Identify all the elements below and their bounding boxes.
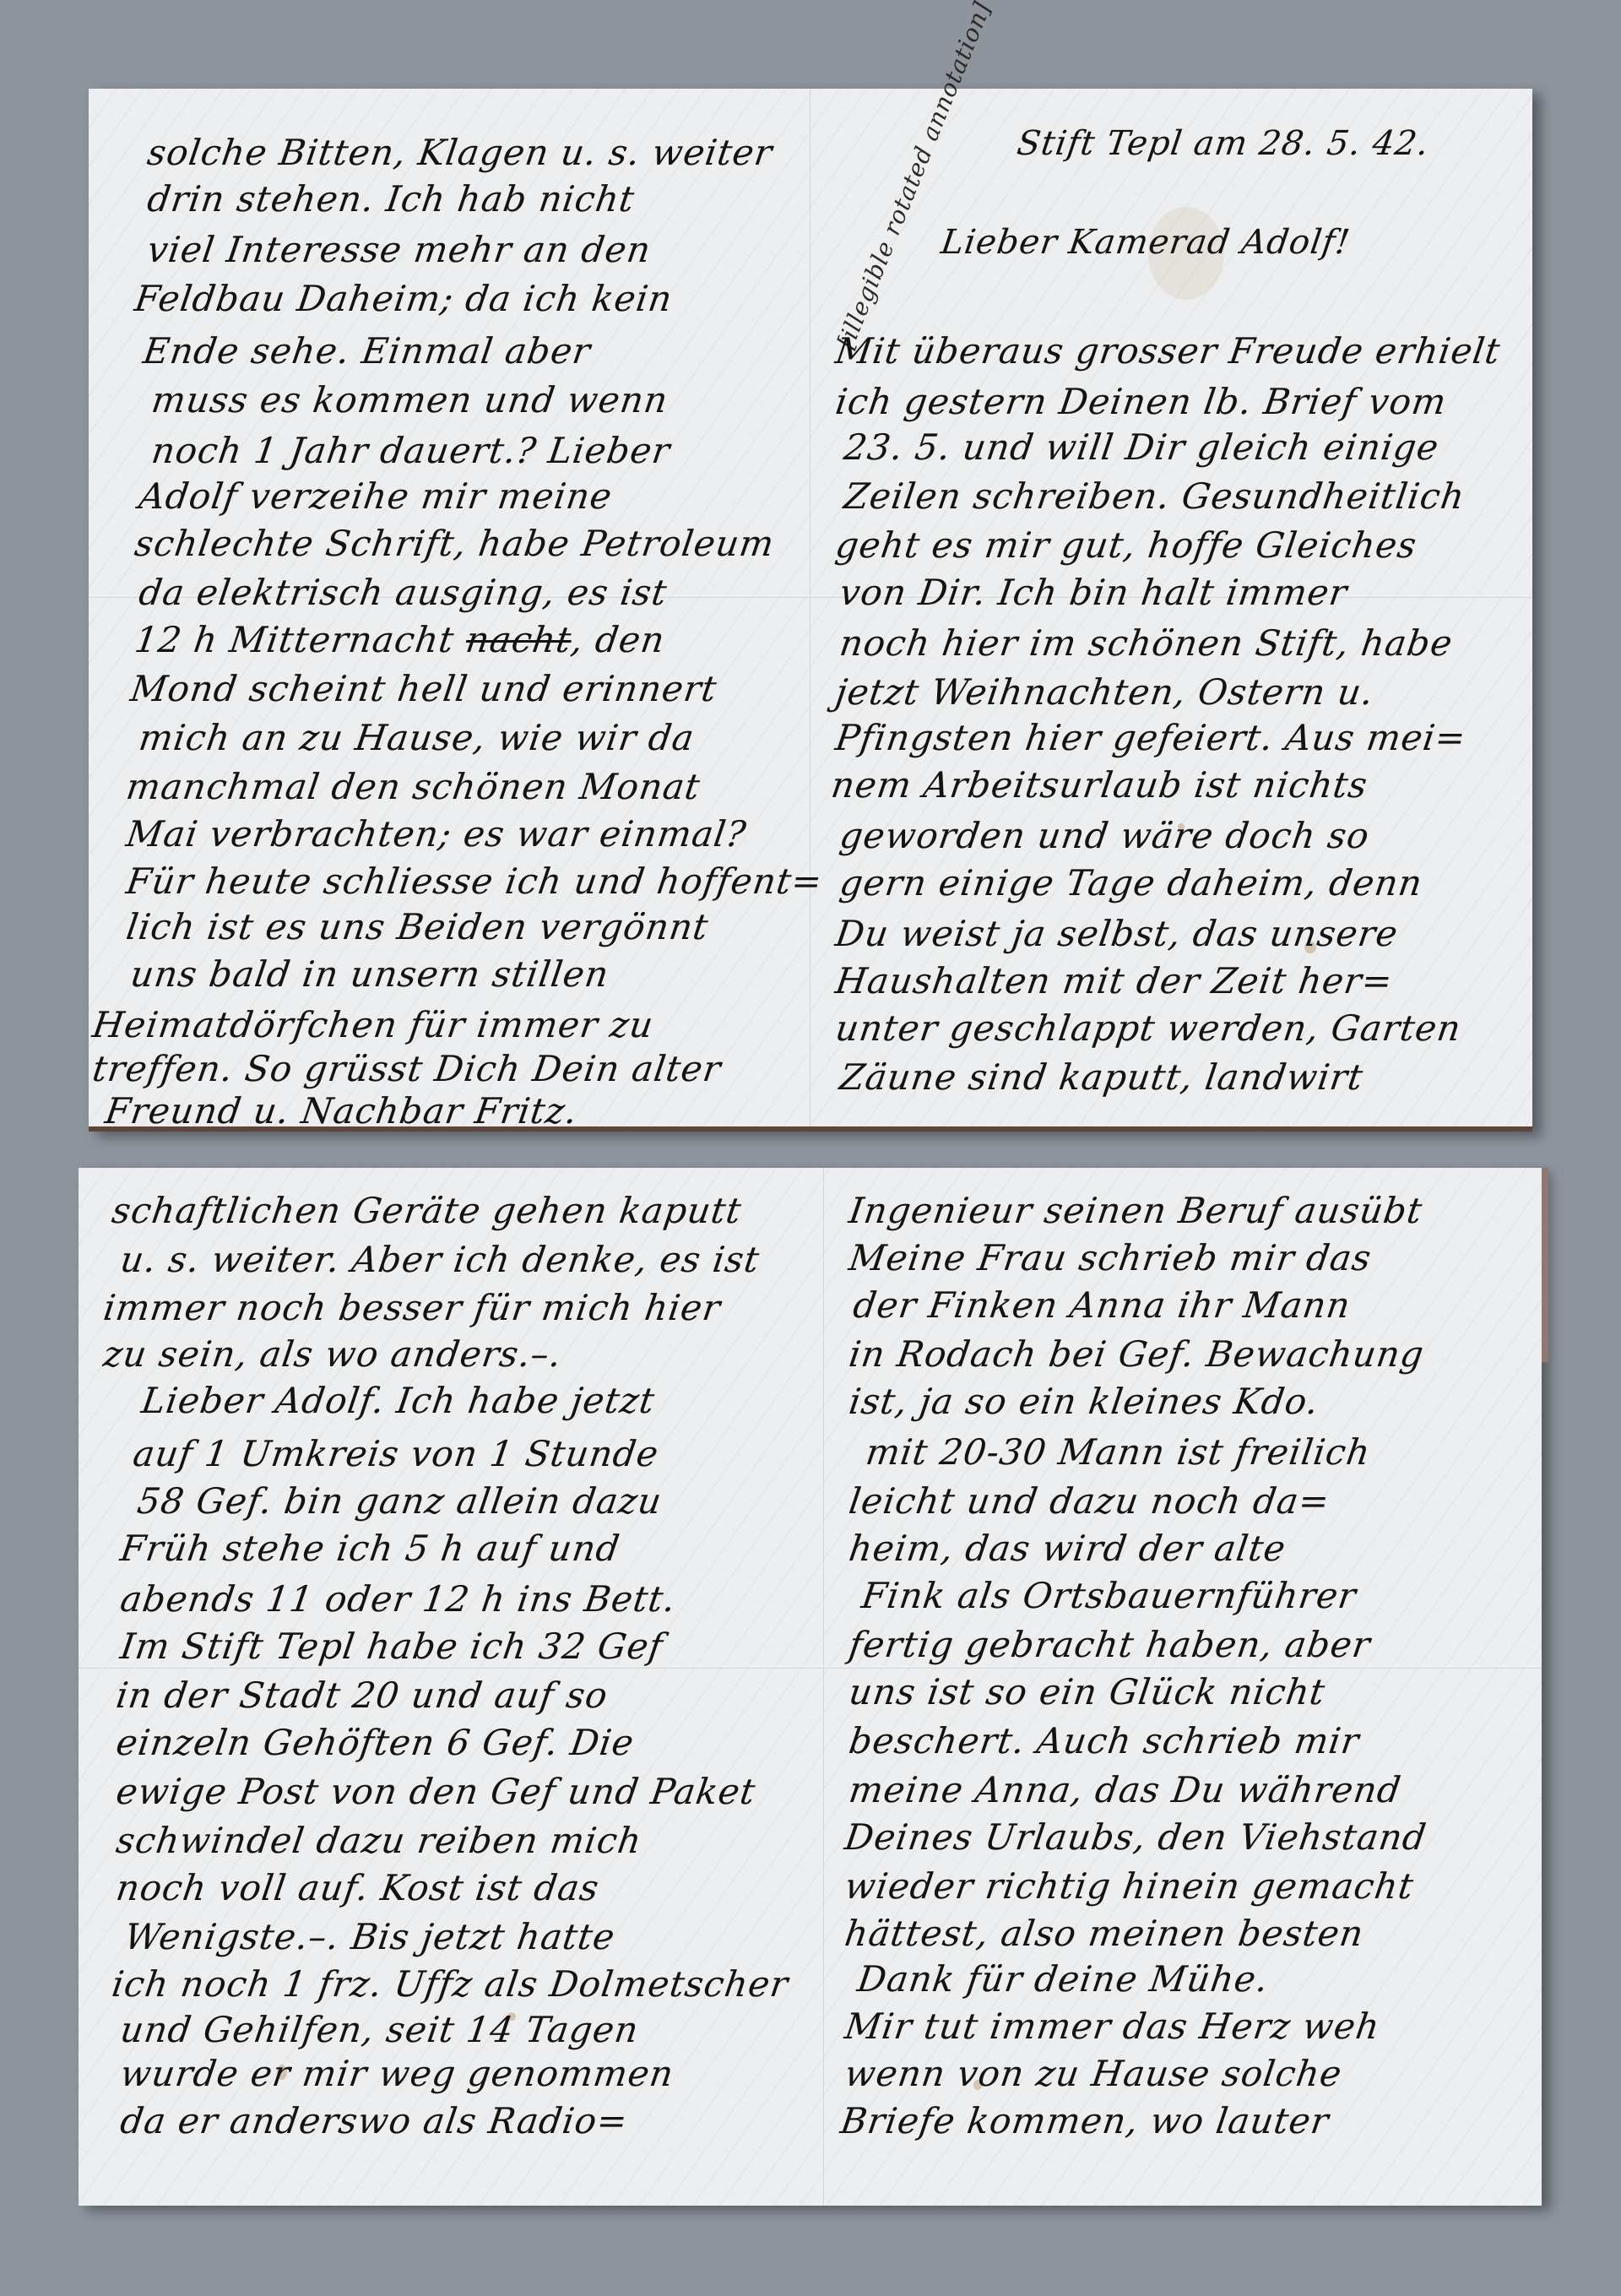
- signature-line: Freund u. Nachbar Fritz.: [103, 1094, 580, 1129]
- letter-line: Meine Frau schrieb mir das: [847, 1240, 1374, 1276]
- margin-annotation: [illegible rotated annotation]: [832, 0, 996, 352]
- letter-line: Briefe kommen, wo lauter: [838, 2103, 1331, 2139]
- page-lower-right: Ingenieur seinen Beruf ausübt Meine Frau…: [824, 1168, 1542, 2206]
- letter-line: Wenigste.–. Bis jetzt hatte: [122, 1919, 617, 1955]
- letter-line: wenn von zu Hause solche: [843, 2056, 1344, 2092]
- letter-line: in Rodach bei Gef. Bewachung: [847, 1337, 1426, 1372]
- letter-line: nem Arbeitsurlaub ist nichts: [829, 768, 1370, 803]
- letter-line: ewige Post von den Gef und Paket: [114, 1774, 758, 1810]
- letter-line: u. s. weiter. Aber ich denke, es ist: [118, 1242, 762, 1278]
- letter-line: 58 Gef. bin ganz allein dazu: [135, 1484, 664, 1519]
- letter-line: solche Bitten, Klagen u. s. weiter: [145, 135, 775, 171]
- letter-line: einzeln Gehöften 6 Gef. Die: [114, 1725, 637, 1761]
- letter-line: da elektrisch ausging, es ist: [137, 575, 670, 611]
- letter-line: fertig gebracht haben, aber: [847, 1627, 1373, 1663]
- letter-line: unter geschlappt werden, Garten: [833, 1011, 1463, 1046]
- page-upper-left: solche Bitten, Klagen u. s. weiter drin …: [89, 89, 808, 1126]
- page-upper-right: [illegible rotated annotation] Stift Tep…: [810, 89, 1532, 1126]
- letter-line: mit 20-30 Mann ist freilich: [864, 1435, 1373, 1470]
- letter-line: Heimatdörfchen für immer zu: [90, 1007, 656, 1043]
- letter-line: heim, das wird der alte: [847, 1531, 1288, 1566]
- letter-line: geht es mir gut, hoffe Gleiches: [833, 528, 1419, 563]
- letter-line: treffen. So grüsst Dich Dein alter: [90, 1051, 724, 1087]
- letter-line: leicht und dazu noch da=: [847, 1484, 1332, 1519]
- letter-line: noch voll auf. Kost ist das: [114, 1870, 601, 1906]
- letter-line: Für heute schliesse ich und hoffent=: [124, 864, 825, 899]
- letter-line: Mir tut immer das Herz weh: [843, 2009, 1382, 2044]
- letter-line: Mai verbrachten; es war einmal?: [124, 817, 749, 852]
- letter-line: Adolf verzeihe mir meine: [137, 479, 615, 514]
- letter-line: geworden und wäre doch so: [838, 818, 1372, 854]
- letter-line: Deines Urlaubs, den Viehstand: [843, 1820, 1429, 1855]
- letter-line: jetzt Weihnachten, Ostern u.: [833, 675, 1376, 710]
- letter-line: muss es kommen und wenn: [149, 383, 670, 418]
- letter-line: Zeilen schreiben. Gesundheitlich: [842, 479, 1467, 514]
- letter-line-with-correction: 12 h Mitternacht nacht, den: [133, 622, 667, 658]
- letter-line: immer noch besser für mich hier: [101, 1290, 723, 1326]
- letter-line: der Finken Anna ihr Mann: [851, 1288, 1353, 1323]
- letter-line: Im Stift Tepl habe ich 32 Gef: [118, 1629, 665, 1664]
- letter-line: mich an zu Hause, wie wir da: [137, 720, 697, 756]
- letter-line: Dank für deine Mühe.: [855, 1962, 1271, 1997]
- letter-line: meine Anna, das Du während: [847, 1772, 1403, 1808]
- letter-line: schwindel dazu reiben mich: [114, 1823, 644, 1859]
- letter-line: und Gehilfen, seit 14 Tagen: [118, 2012, 641, 2048]
- letter-line: 23. 5. und will Dir gleich einige: [842, 430, 1441, 465]
- letter-sheet-lower: schaftlichen Geräte gehen kaputt u. s. w…: [79, 1168, 1542, 2206]
- letter-line: manchmal den schönen Monat: [124, 769, 702, 805]
- letter-line: ich noch 1 frz. Uffz als Dolmetscher: [110, 1967, 790, 2002]
- letter-line: Fink als Ortsbauernführer: [859, 1578, 1358, 1614]
- letter-line: da er anderswo als Radio=: [118, 2103, 630, 2139]
- letter-line: Mond scheint hell und erinnert: [128, 671, 719, 707]
- page-lower-left: schaftlichen Geräte gehen kaputt u. s. w…: [79, 1168, 821, 2206]
- letter-line: uns bald in unsern stillen: [128, 957, 611, 992]
- letter-line: Feldbau Daheim; da ich kein: [133, 281, 675, 317]
- letter-line: gern einige Tage daheim, denn: [838, 866, 1425, 901]
- letter-line: Ende sehe. Einmal aber: [141, 334, 593, 369]
- letter-line: viel Interesse mehr an den: [145, 232, 653, 268]
- letter-line: von Dir. Ich bin halt immer: [838, 575, 1350, 611]
- letter-line: in der Stadt 20 und auf so: [114, 1678, 610, 1713]
- letter-line: Lieber Adolf. Ich habe jetzt: [139, 1383, 657, 1419]
- letter-line: drin stehen. Ich hab nicht: [145, 182, 637, 217]
- letter-text: , den: [568, 619, 667, 660]
- letter-line: noch 1 Jahr dauert.? Lieber: [149, 433, 673, 469]
- letter-line: ich gestern Deinen lb. Brief vom: [833, 384, 1449, 420]
- letter-line: Haushalten mit der Zeit her=: [833, 963, 1395, 999]
- letter-line: lich ist es uns Beiden vergönnt: [124, 909, 711, 945]
- letter-line: Ingenieur seinen Beruf ausübt: [847, 1193, 1424, 1229]
- letter-line: Du weist ja selbst, das unsere: [833, 916, 1401, 952]
- place-date: Stift Tepl am 28. 5. 42.: [1015, 127, 1431, 160]
- letter-sheet-upper: solche Bitten, Klagen u. s. weiter drin …: [89, 89, 1532, 1132]
- letter-line: Zäune sind kaputt, landwirt: [838, 1060, 1365, 1095]
- letter-line: zu sein, als wo anders.–.: [101, 1337, 564, 1372]
- struck-out-word: nacht: [464, 619, 574, 660]
- letter-line: beschert. Auch schrieb mir: [847, 1723, 1362, 1759]
- letter-text: 12 h Mitternacht: [133, 619, 458, 660]
- letter-line: noch hier im schönen Stift, habe: [838, 626, 1455, 661]
- letter-line: auf 1 Umkreis von 1 Stunde: [131, 1436, 661, 1472]
- letter-line: ist, ja so ein kleines Kdo.: [847, 1384, 1321, 1419]
- letter-line: hättest, also meinen besten: [843, 1916, 1366, 1951]
- letter-line: schaftlichen Geräte gehen kaputt: [110, 1193, 744, 1229]
- letter-line: uns ist so ein Glück nicht: [847, 1675, 1327, 1710]
- letter-line: wieder richtig hinein gemacht: [843, 1869, 1416, 1904]
- letter-line: Mit überaus grosser Freude erhielt: [833, 334, 1503, 369]
- letter-line: schlechte Schrift, habe Petroleum: [133, 526, 777, 562]
- letter-line: abends 11 oder 12 h ins Bett.: [118, 1582, 678, 1617]
- letter-line: wurde er mir weg genommen: [118, 2056, 676, 2092]
- salutation: Lieber Kamerad Adolf!: [939, 225, 1353, 259]
- letter-line: Pfingsten hier gefeiert. Aus mei=: [833, 720, 1468, 756]
- letter-line: Früh stehe ich 5 h auf und: [118, 1531, 622, 1566]
